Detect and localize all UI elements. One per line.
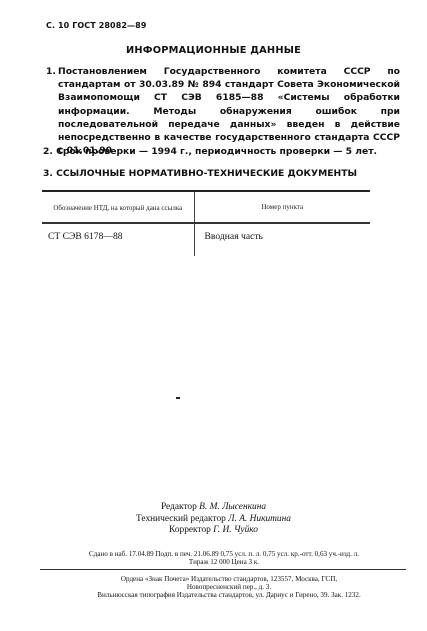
page-header: С. 10 ГОСТ 28082—89 [46, 21, 147, 30]
credit-technical-editor: Технический редактор Л. А. Никитина [0, 514, 427, 526]
credit-role: Технический редактор [136, 514, 226, 524]
editorial-credits: Редактор В. М. Лысенкина Технический ред… [0, 502, 427, 537]
printer-line-2: Новопресненский пер., д. 3. [44, 583, 414, 591]
item-number: 2. [43, 146, 53, 157]
item-number: 1. [46, 65, 56, 78]
table-header-row: Обозначение НТД, на который дана ссылка … [42, 192, 370, 222]
item-text: Постановлением Государственного комитета… [58, 65, 400, 157]
credit-editor: Редактор В. М. Лысенкина [0, 502, 427, 514]
printer-line-3: Вильнюсская типография Издательства стан… [44, 591, 414, 599]
imprint-line-1: Сдано в наб. 17.04.89 Подп. в печ. 21.06… [38, 550, 410, 558]
document-title: ИНФОРМАЦИОННЫЕ ДАННЫЕ [0, 45, 427, 56]
credit-role: Корректор [169, 525, 211, 535]
info-item-2: 2. Срок проверки — 1994 г., периодичност… [43, 145, 403, 158]
reference-documents-table: Обозначение НТД, на который дана ссылка … [42, 190, 370, 256]
print-mark [176, 397, 180, 399]
imprint-rule [40, 569, 406, 570]
credit-name: В. М. Лысенкина [199, 502, 266, 512]
cell-designation: СТ СЭВ 6178—88 [42, 224, 194, 256]
credit-name: Г. И. Чуйко [213, 525, 258, 535]
item-text: ССЫЛОЧНЫЕ НОРМАТИВНО-ТЕХНИЧЕСКИЕ ДОКУМЕН… [56, 168, 357, 179]
credit-name: Л. А. Никитина [228, 514, 291, 524]
info-item-1: 1. Постановлением Государственного комит… [46, 65, 400, 157]
printer-line-1: Ордена «Знак Почета» Издательство станда… [44, 575, 414, 583]
info-item-3: 3. ССЫЛОЧНЫЕ НОРМАТИВНО-ТЕХНИЧЕСКИЕ ДОКУ… [43, 167, 403, 180]
item-number: 3. [43, 168, 53, 179]
printer-info: Ордена «Знак Почета» Издательство станда… [44, 575, 414, 600]
column-header-designation: Обозначение НТД, на который дана ссылка [42, 192, 194, 222]
imprint-line-2: Тираж 12 000 Цена 3 к. [38, 558, 410, 566]
table-row: СТ СЭВ 6178—88 Вводная часть [42, 224, 370, 256]
publication-imprint: Сдано в наб. 17.04.89 Подп. в печ. 21.06… [38, 550, 410, 567]
cell-clause-number: Вводная часть [195, 224, 370, 256]
credit-proofreader: Корректор Г. И. Чуйко [0, 525, 427, 537]
column-header-clause-number: Номер пункта [195, 192, 370, 222]
credit-role: Редактор [161, 502, 197, 512]
item-text: Срок проверки — 1994 г., периодичность п… [56, 146, 377, 157]
